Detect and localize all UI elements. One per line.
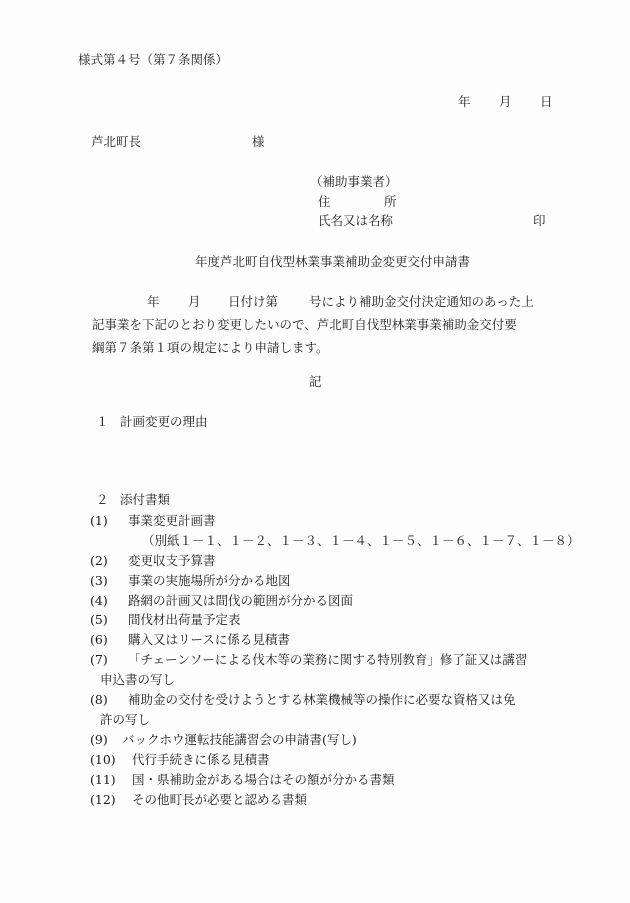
list-item: (8)補助金の交付を受けようとする林業機械等の操作に必要な資格又は免 [90,692,516,708]
date-month: 月 [499,94,512,110]
address-label-1: 住 [318,194,331,210]
date-day: 日 [540,94,553,110]
list-item: (5)間伐材出荷量予定表 [90,612,241,628]
list-item: (2)変更収支予算書 [90,553,216,569]
document-title: 年度芦北町自伐型林業事業補助金変更交付申請書 [195,254,470,270]
list-item-continuation: 申込書の写し [100,672,175,688]
name-label: 氏名又は名称 [318,213,393,229]
list-item: (12)その他町長が必要と認める書類 [90,792,307,808]
section-1-number: １ [96,414,109,430]
body-line2: 記事業を下記のとおり変更したいので、芦北町自伐型林業事業補助金交付要 [92,317,517,333]
section-2-label: 添付書類 [120,492,170,508]
form-number: 様式第４号（第７条関係） [78,52,228,68]
seal-mark: 印 [533,213,546,229]
list-item-continuation: 許の写し [100,712,150,728]
body-line3: 綱第７条第１項の規定により申請します。 [92,340,329,356]
section-1-label: 計画変更の理由 [120,414,208,430]
list-item-sub: （別紙１－１、１－２、１－３、１－４、１－５、１－６、１－７、１－８） [142,533,580,549]
list-item: (1)事業変更計画書 [90,513,216,529]
body-line1-rest: 号により補助金交付決定通知のあった上 [309,294,534,310]
ki-heading: 記 [309,374,322,390]
list-item: (7)「チェーンソーによる伐木等の業務に関する特別教育」修了証又は講習 [90,652,527,668]
list-item: (3)事業の実施場所が分かる地図 [90,573,291,589]
body-month: 月 [188,294,201,310]
applicant-heading: （補助事業者） [310,174,398,190]
list-item: (4)路網の計画又は間伐の範囲が分かる図面 [90,593,353,609]
body-year: 年 [147,294,160,310]
list-item: (6)購入又はリースに係る見積書 [90,632,290,648]
addressee-name: 芦北町長 [91,134,141,150]
date-year: 年 [458,94,471,110]
list-item: (9)バックホウ運転技能講習会の申請書(写し) [90,732,357,748]
section-2-number: ２ [96,492,109,508]
list-item: (11)国・県補助金がある場合はその額が分かる書類 [90,772,395,788]
body-day: 日付け第 [228,294,278,310]
address-label-2: 所 [384,194,397,210]
addressee-honorific: 様 [252,134,265,150]
list-item: (10)代行手続きに係る見積書 [90,752,270,768]
